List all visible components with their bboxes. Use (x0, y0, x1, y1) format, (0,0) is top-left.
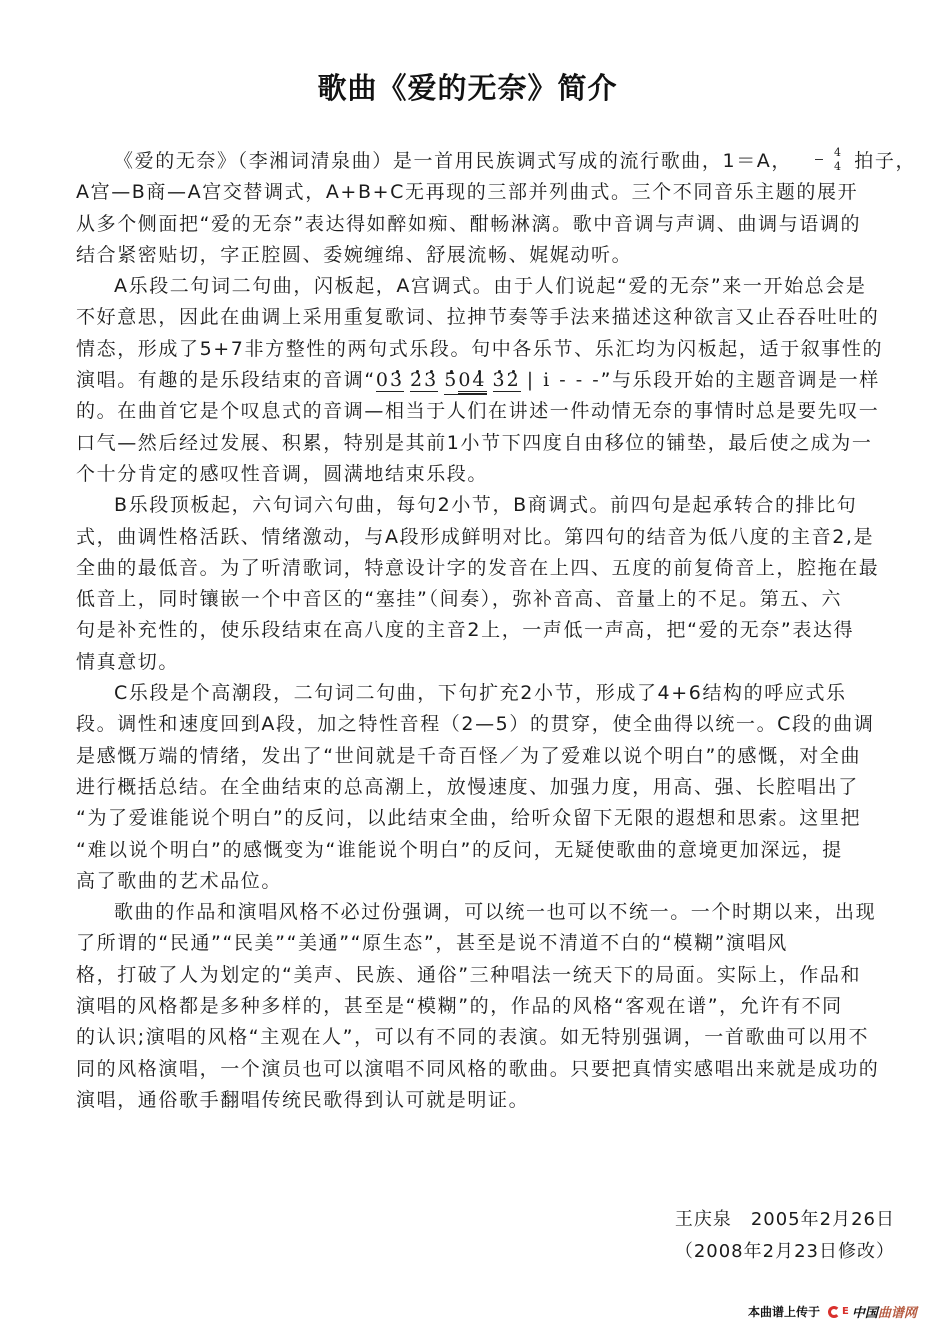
text-line: 同的风格演唱，一个演员也可以演唱不同风格的歌曲。只要把真情实感唱出来就是成功的 (76, 1054, 914, 1085)
jianpu-notation: 032350432| i - - - (376, 369, 601, 391)
text-segment: 《爱的无奈》（李湘词清泉曲）是一首用民族调式写成的流行歌曲，1＝A， (114, 150, 792, 172)
text-line: 段。调性和速度回到A段，加之特性音程（2—5）的贯穿，使全曲得以统一。C段的曲调 (76, 709, 914, 740)
text-line: 句是补充性的，使乐段结束在高八度的主音2上，一声低一声高，把“爱的无奈”表达得 (76, 615, 914, 646)
text-line: A宫—B商—A宫交替调式，A+B+C无再现的三部并列曲式。三个不同音乐主题的展开 (76, 177, 914, 208)
text-line: 演唱，通俗歌手翻唱传统民歌得到认可就是明证。 (76, 1085, 914, 1116)
text-line: A乐段二句词二句曲，闪板起，A宫调式。由于人们说起“爱的无奈”来一开始总会是 (76, 271, 914, 302)
note-group: 32 (493, 369, 521, 392)
upload-credit-text: 本曲谱上传于 (748, 1303, 820, 1320)
text-line: 歌曲的作品和演唱风格不必过份强调，可以统一也可以不统一。一个时期以来，出现 (76, 897, 914, 928)
text-line: 口气—然后经过发展、积累，特别是其前1小节下四度自由移位的铺垫，最后使之成为一 (76, 428, 914, 459)
note-subgroup: 04 (458, 369, 486, 394)
note-high: 3 (424, 369, 438, 391)
text-segment: ”与乐段开始的主题音调是一样 (601, 369, 880, 391)
text-line: 的。在曲首它是个叹息式的音调—相当于人们在讲述一件动情无奈的事情时总是要先叹一 (76, 396, 914, 427)
note-high: 2 (507, 369, 521, 391)
text-line: 《爱的无奈》（李湘词清泉曲）是一首用民族调式写成的流行歌曲，1＝A，44 拍子， (76, 146, 914, 177)
paragraph-section-a: A乐段二句词二句曲，闪板起，A宫调式。由于人们说起“爱的无奈”来一开始总会是 不… (76, 271, 914, 490)
time-signature: 44 (796, 147, 843, 172)
author-date: 王庆泉 2005年2月26日 (620, 1204, 895, 1236)
note-high: 3 (390, 369, 404, 391)
text-line: 结合紧密贴切，字正腔圆、委婉缠绵、舒展流畅、娓娓动听。 (76, 240, 914, 271)
logo-c-icon (828, 1306, 840, 1318)
paragraph-intro: 《爱的无奈》（李湘词清泉曲）是一首用民族调式写成的流行歌曲，1＝A，44 拍子，… (76, 146, 914, 271)
note-high: 5 (444, 369, 458, 391)
note-tail: i - - - (543, 369, 600, 391)
time-signature-numerator: 4 (796, 147, 843, 158)
note-group: 504 (444, 369, 486, 395)
note-high: 3 (493, 369, 507, 391)
text-line: B乐段顶板起，六句词六句曲，每句2小节，B商调式。前四句是起承转合的排比句 (76, 490, 914, 521)
text-line: 全曲的最低音。为了听清歌词，特意设计字的发音在上四、五度的前复倚音上，腔拖在最 (76, 553, 914, 584)
paragraph-section-b: B乐段顶板起，六句词六句曲，每句2小节，B商调式。前四句是起承转合的排比句 式，… (76, 490, 914, 678)
text-line: 高了歌曲的艺术品位。 (76, 866, 914, 897)
signature-block: 王庆泉 2005年2月26日 （2008年2月23日修改） (620, 1204, 895, 1268)
note: 0 (458, 369, 472, 391)
logo-text-china: 中国 (852, 1302, 878, 1321)
text-line: “为了爱谁能说个明白”的反问，以此结束全曲，给听众留下无限的遐想和思索。这里把 (76, 803, 914, 834)
paragraph-section-c: C乐段是个高潮段，二句词二句曲，下句扩充2小节，形成了4+6结构的呼应式乐 段。… (76, 678, 914, 897)
revision-date: （2008年2月23日修改） (620, 1236, 895, 1268)
text-line: 情态，形成了5+7非方整性的两句式乐段。句中各乐节、乐汇均为闪板起，适于叙事性的 (76, 334, 914, 365)
logo-e-icon: E (842, 1306, 849, 1317)
site-logo[interactable]: E 中国 曲谱网 (828, 1302, 917, 1321)
text-line: 是感慨万端的情绪，发出了“世间就是千奇百怪／为了爱难以说个明白”的感慨，对全曲 (76, 741, 914, 772)
text-line: 演唱。有趣的是乐段结束的音调“032350432| i - - -”与乐段开始的… (76, 365, 914, 396)
text-line: 了所谓的“民通”“民美”“美通”“原生态”，甚至是说不清道不白的“模糊”演唱风 (76, 928, 914, 959)
text-line: 格，打破了人为划定的“美声、民族、通俗”三种唱法一统天下的局面。实际上，作品和 (76, 960, 914, 991)
text-line: 低音上，同时镶嵌一个中音区的“塞挂”（间奏），弥补音高、音量上的不足。第五、六 (76, 584, 914, 615)
text-line: 演唱的风格都是多种多样的，甚至是“模糊”的，作品的风格“客观在谱”，允许有不同 (76, 991, 914, 1022)
text-segment: 拍子， (847, 150, 916, 172)
text-line: C乐段是个高潮段，二句词二句曲，下句扩充2小节，形成了4+6结构的呼应式乐 (76, 678, 914, 709)
logo-text-qupu: 曲谱网 (878, 1302, 917, 1321)
barline: | (527, 369, 535, 391)
text-line: 的认识;演唱的风格“主观在人”，可以有不同的表演。如无特别强调，一首歌曲可以用不 (76, 1022, 914, 1053)
page-title: 歌曲《爱的无奈》简介 (0, 66, 935, 107)
time-signature-denominator: 4 (796, 161, 843, 172)
note-high: 2 (410, 369, 424, 391)
text-line: 情真意切。 (76, 647, 914, 678)
note: 0 (376, 369, 390, 391)
note-group: 23 (410, 369, 438, 392)
upload-credit: 本曲谱上传于 E 中国 曲谱网 (748, 1302, 917, 1321)
text-segment: 演唱。有趣的是乐段结束的音调“ (76, 369, 376, 391)
text-line: 从多个侧面把“爱的无奈”表达得如醉如痴、酣畅淋漓。歌中音调与声调、曲调与语调的 (76, 209, 914, 240)
note-high: 4 (472, 369, 486, 391)
text-line: 进行概括总结。在全曲结束的总高潮上，放慢速度、加强力度，用高、强、长腔唱出了 (76, 772, 914, 803)
text-line: 个十分肯定的感叹性音调，圆满地结束乐段。 (76, 459, 914, 490)
text-line: 不好意思，因此在曲调上采用重复歌词、拉抻节奏等手法来描述这种欲言又止吞吞吐吐的 (76, 302, 914, 333)
note-group: 03 (376, 369, 404, 392)
text-line: “难以说个明白”的感慨变为“谁能说个明白”的反问，无疑使歌曲的意境更加深远，提 (76, 835, 914, 866)
paragraph-style: 歌曲的作品和演唱风格不必过份强调，可以统一也可以不统一。一个时期以来，出现 了所… (76, 897, 914, 1116)
text-line: 式，曲调性格活跃、情绪激动，与A段形成鲜明对比。第四句的结音为低八度的主音2,是 (76, 522, 914, 553)
article-body: 《爱的无奈》（李湘词清泉曲）是一首用民族调式写成的流行歌曲，1＝A，44 拍子，… (76, 146, 914, 1116)
fraction-bar (815, 159, 823, 160)
